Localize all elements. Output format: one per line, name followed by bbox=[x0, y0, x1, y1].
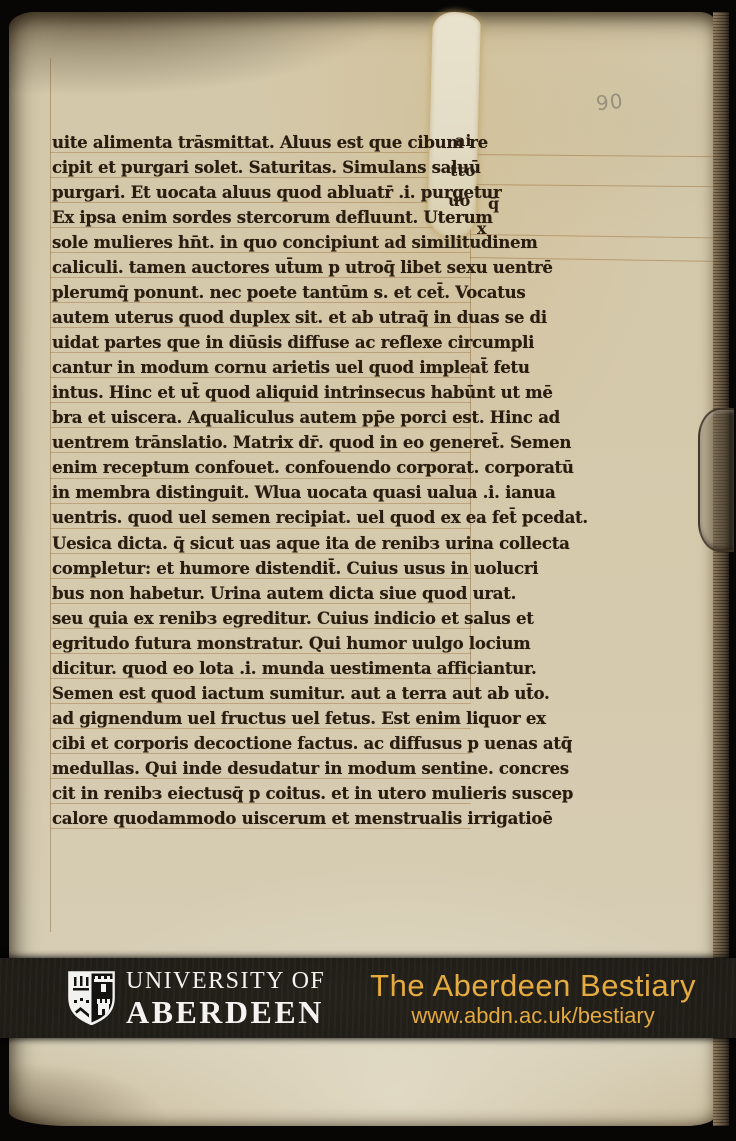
manuscript-line: bra et uiscera. Aqualiculus autem pp̄e p… bbox=[52, 405, 504, 430]
manuscript-line: cipit et purgari solet. Saturitas. Simul… bbox=[52, 155, 504, 180]
manuscript-line: egritudo futura monstratur. Qui humor uu… bbox=[52, 631, 504, 656]
manuscript-line: uentrem trānslatio. Matrix dr̄. quod in … bbox=[52, 430, 504, 455]
manuscript-photo: 90 ai tto uo q̄ x uite alimenta trāsmitt… bbox=[0, 0, 736, 1141]
manuscript-line: Ex ipsa enim sordes stercorum defluunt. … bbox=[52, 205, 504, 230]
manuscript-line: purgari. Et uocata aluus quod abluatr̄ .… bbox=[52, 180, 504, 205]
folio-number: 90 bbox=[595, 89, 625, 116]
manuscript-line: caliculi. tamen auctores ut̄um p utroq̄ … bbox=[52, 255, 504, 280]
manuscript-line: Uesica dicta. q̄ sicut uas aque ita de r… bbox=[52, 531, 504, 556]
university-name-line2: ABERDEEN bbox=[126, 996, 325, 1028]
manuscript-text: uite alimenta trāsmittat. Aluus est que … bbox=[52, 130, 504, 831]
ruling-margin-left bbox=[50, 58, 51, 932]
site-branding: The Aberdeen Bestiary www.abdn.ac.uk/bes… bbox=[370, 970, 696, 1027]
manuscript-line: dicitur. quod eo lota .i. munda uestimen… bbox=[52, 656, 504, 681]
footer-banner: UNIVERSITY OF ABERDEEN The Aberdeen Best… bbox=[0, 958, 736, 1038]
manuscript-line: intus. Hinc et ut̄ quod aliquid intrinse… bbox=[52, 380, 504, 405]
manuscript-line: uidat partes que in diūsis diffuse ac re… bbox=[52, 330, 504, 355]
manuscript-line: Semen est quod iactum sumitur. aut a ter… bbox=[52, 681, 504, 706]
manuscript-line: cantur in modum cornu arietis uel quod i… bbox=[52, 355, 504, 380]
university-wordmark: UNIVERSITY OF ABERDEEN bbox=[126, 969, 325, 1028]
university-crest-icon bbox=[68, 971, 115, 1025]
manuscript-line: medullas. Qui inde desudatur in modum se… bbox=[52, 756, 504, 781]
manuscript-line: cibi et corporis decoctione factus. ac d… bbox=[52, 731, 504, 756]
manuscript-line: ad gignendum uel fructus uel fetus. Est … bbox=[52, 706, 504, 731]
site-title: The Aberdeen Bestiary bbox=[370, 970, 696, 1001]
manuscript-line: bus non habetur. Urina autem dicta siue … bbox=[52, 581, 504, 606]
manuscript-line: autem uterus quod duplex sit. et ab utra… bbox=[52, 305, 504, 330]
manuscript-line: uite alimenta trāsmittat. Aluus est que … bbox=[52, 130, 504, 155]
manuscript-line: cit in renibз eiectusq̄ p coitus. et in … bbox=[52, 781, 504, 806]
manuscript-line: plerumq̄ ponunt. nec poete tantūm s. et … bbox=[52, 280, 504, 305]
university-name-line1: UNIVERSITY OF bbox=[126, 969, 325, 993]
site-url-link[interactable]: www.abdn.ac.uk/bestiary bbox=[370, 1005, 696, 1027]
manuscript-line: calore quodammodo uiscerum et menstruali… bbox=[52, 806, 504, 831]
manuscript-line: sole mulieres hn̄t. in quo concipiunt ad… bbox=[52, 230, 504, 255]
university-logo: UNIVERSITY OF ABERDEEN bbox=[68, 969, 325, 1028]
manuscript-line: completur: et humore distendit̄. Cuius u… bbox=[52, 556, 504, 581]
manuscript-line: enim receptum confouet. confouendo corpo… bbox=[52, 455, 504, 480]
manuscript-line: in membra distinguit. Wlua uocata quasi … bbox=[52, 480, 504, 505]
manuscript-line: uentris. quod uel semen recipiat. uel qu… bbox=[52, 505, 504, 530]
manuscript-line: seu quia ex renibз egreditur. Cuius indi… bbox=[52, 606, 504, 631]
page-holder-tab bbox=[698, 408, 734, 552]
